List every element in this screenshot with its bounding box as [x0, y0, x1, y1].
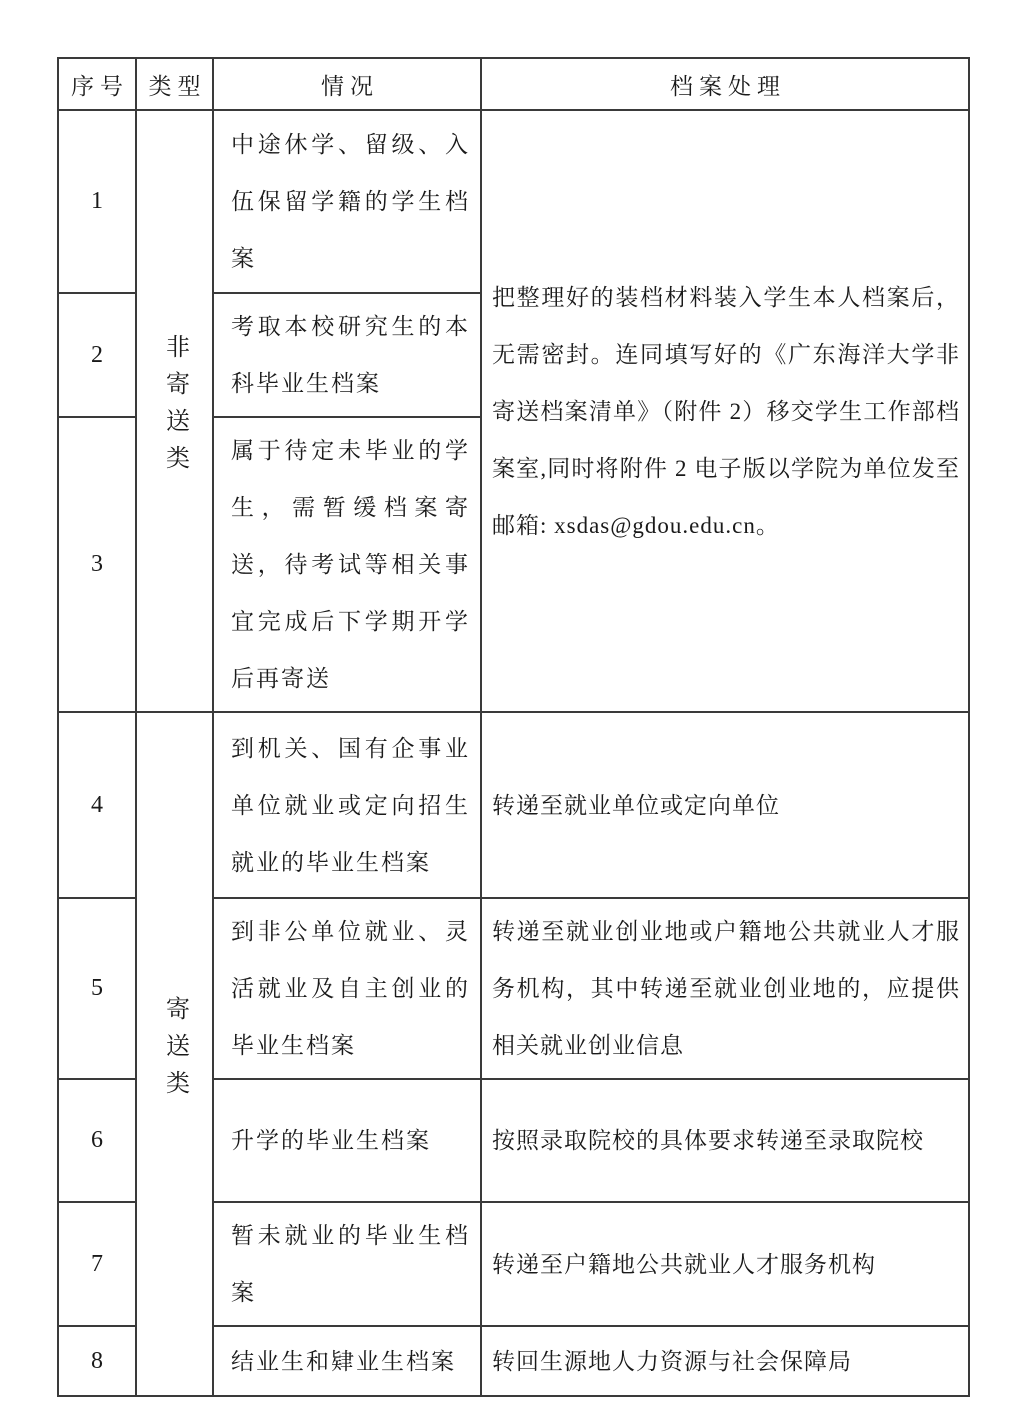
row-6-handling: 按照录取院校的具体要求转递至录取院校 [481, 1079, 969, 1202]
type-group-non-mailing: 非寄送类 [136, 110, 213, 712]
row-1-situation: 中途休学、留级、入伍保留学籍的学生档案 [213, 110, 481, 293]
row-5-situation: 到非公单位就业、灵活就业及自主创业的毕业生档案 [213, 898, 481, 1079]
archive-handling-table: 序号 类型 情况 档案处理 1 非寄送类 中途休学、留级、入伍保留学籍的学生档案… [57, 57, 970, 1397]
column-header-no: 序号 [58, 58, 136, 110]
row-3-no: 3 [58, 417, 136, 712]
row-2-no: 2 [58, 293, 136, 417]
row-6-no: 6 [58, 1079, 136, 1202]
type-group-mailing: 寄送类 [136, 712, 213, 1396]
column-header-handling: 档案处理 [481, 58, 969, 110]
row-3-situation: 属于待定未毕业的学生，需暂缓档案寄送，待考试等相关事宜完成后下学期开学后再寄送 [213, 417, 481, 712]
column-header-type: 类型 [136, 58, 213, 110]
row-8-situation: 结业生和肄业生档案 [213, 1326, 481, 1396]
row-7-situation: 暂未就业的毕业生档案 [213, 1202, 481, 1326]
row-2-situation: 考取本校研究生的本科毕业生档案 [213, 293, 481, 417]
table-row: 4 寄送类 到机关、国有企事业单位就业或定向招生就业的毕业生档案 转递至就业单位… [58, 712, 969, 898]
row-8-no: 8 [58, 1326, 136, 1396]
type-group-mailing-label: 寄送类 [163, 996, 187, 1107]
row-5-no: 5 [58, 898, 136, 1079]
table-header-row: 序号 类型 情况 档案处理 [58, 58, 969, 110]
row-1-no: 1 [58, 110, 136, 293]
row-4-no: 4 [58, 712, 136, 898]
handling-group-non-mailing: 把整理好的装档材料装入学生本人档案后，无需密封。连同填写好的《广东海洋大学非寄送… [481, 110, 969, 712]
row-8-handling: 转回生源地人力资源与社会保障局 [481, 1326, 969, 1396]
column-header-situation: 情况 [213, 58, 481, 110]
row-7-no: 7 [58, 1202, 136, 1326]
table-row: 1 非寄送类 中途休学、留级、入伍保留学籍的学生档案 把整理好的装档材料装入学生… [58, 110, 969, 293]
row-7-handling: 转递至户籍地公共就业人才服务机构 [481, 1202, 969, 1326]
row-5-handling: 转递至就业创业地或户籍地公共就业人才服务机构，其中转递至就业创业地的，应提供相关… [481, 898, 969, 1079]
row-6-situation: 升学的毕业生档案 [213, 1079, 481, 1202]
row-4-handling: 转递至就业单位或定向单位 [481, 712, 969, 898]
row-4-situation: 到机关、国有企事业单位就业或定向招生就业的毕业生档案 [213, 712, 481, 898]
type-group-non-mailing-label: 非寄送类 [163, 334, 187, 482]
